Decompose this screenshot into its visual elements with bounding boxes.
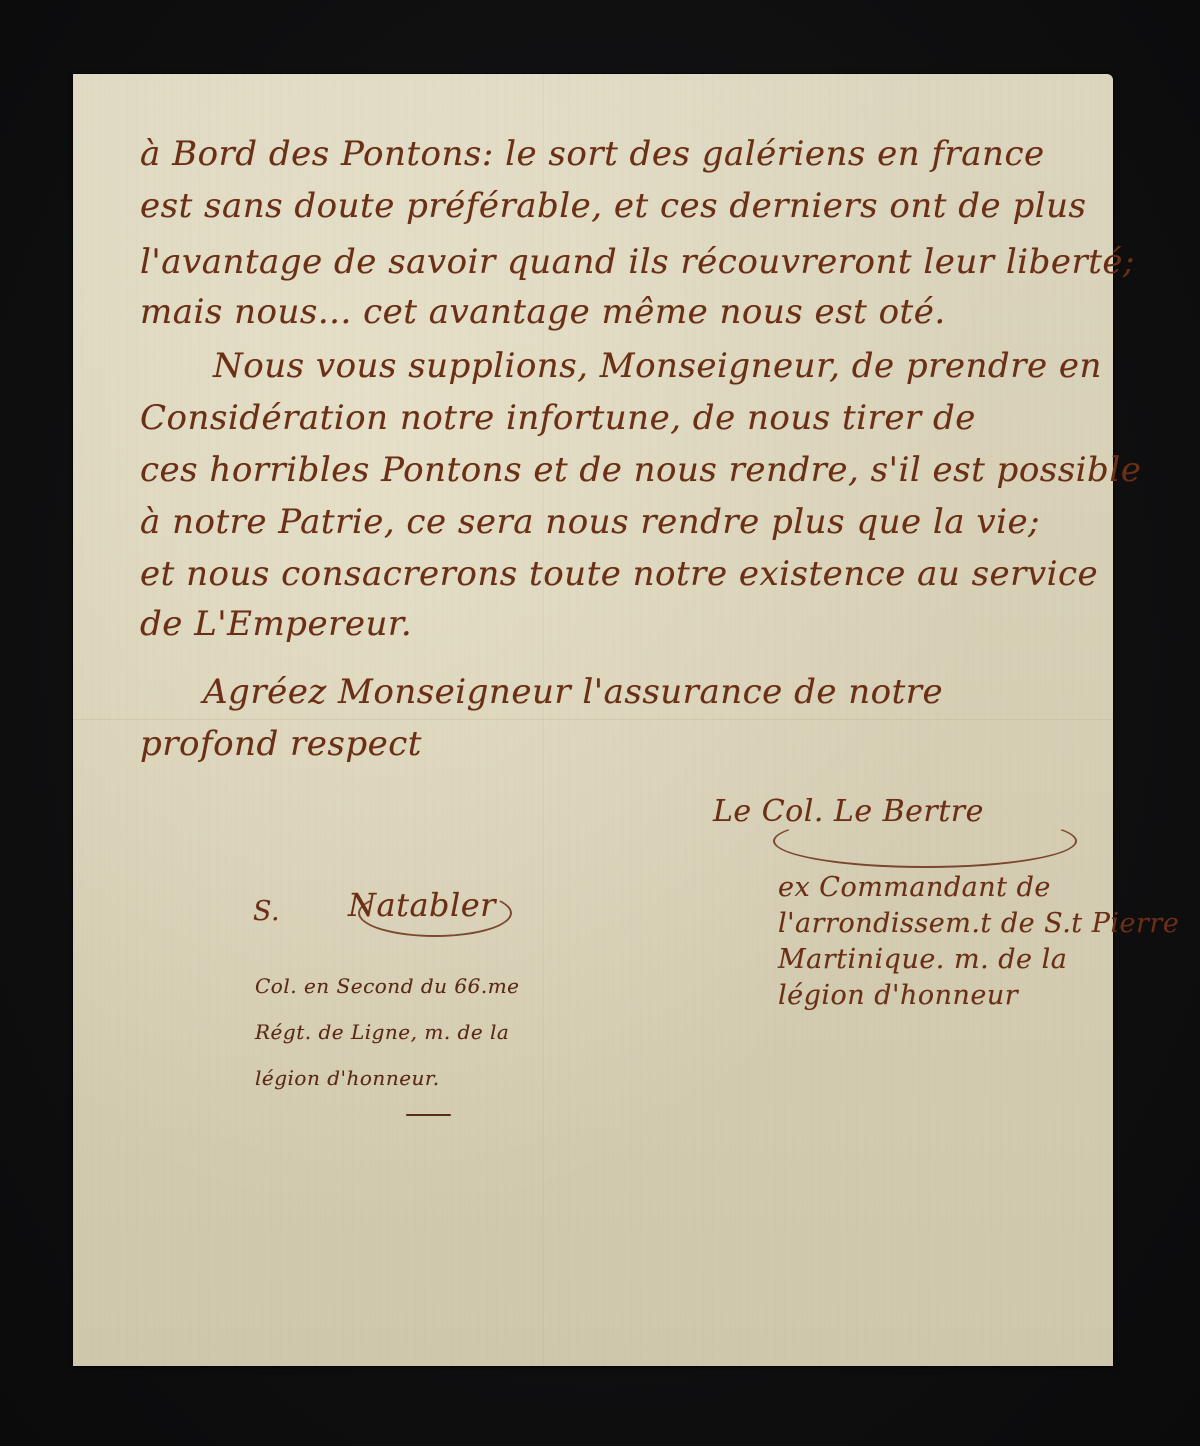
signature-right-title: ex Commandant de bbox=[778, 872, 1051, 903]
body-line: et nous consacrerons toute notre existen… bbox=[140, 554, 1098, 594]
closing-line: profond respect bbox=[140, 724, 422, 764]
signature-right-title: légion d'honneur bbox=[778, 980, 1018, 1011]
body-line: à notre Patrie, ce sera nous rendre plus… bbox=[140, 502, 1040, 542]
signature-left-prefix: S. bbox=[253, 896, 280, 927]
body-line: de L'Empereur. bbox=[140, 604, 412, 644]
body-line: Nous vous supplions, Monseigneur, de pre… bbox=[213, 346, 1102, 386]
signature-right-title: Martinique. m. de la bbox=[778, 944, 1067, 975]
signature-left-title: légion d'honneur. bbox=[255, 1066, 440, 1090]
letter-page: à Bord des Pontons: le sort des galérien… bbox=[73, 74, 1113, 1366]
body-line: ces horribles Pontons et de nous rendre,… bbox=[140, 450, 1141, 490]
body-line: Considération notre infortune, de nous t… bbox=[140, 398, 976, 438]
closing-line: Agréez Monseigneur l'assurance de notre bbox=[203, 672, 943, 712]
signature-left-title: Régt. de Ligne, m. de la bbox=[255, 1020, 509, 1044]
signature-flourish bbox=[773, 814, 1077, 868]
body-line: à Bord des Pontons: le sort des galérien… bbox=[140, 134, 1045, 174]
signature-right-title: l'arrondissem.t de S.t Pierre bbox=[778, 908, 1179, 939]
signature-underline bbox=[406, 1114, 451, 1116]
signature-flourish bbox=[358, 889, 512, 937]
signature-left-title: Col. en Second du 66.me bbox=[255, 974, 520, 998]
body-line: mais nous... cet avantage même nous est … bbox=[140, 292, 946, 332]
paper-fold-line bbox=[73, 719, 1113, 720]
body-line: l'avantage de savoir quand ils récouvrer… bbox=[140, 242, 1135, 282]
body-line: est sans doute préférable, et ces dernie… bbox=[140, 186, 1086, 226]
